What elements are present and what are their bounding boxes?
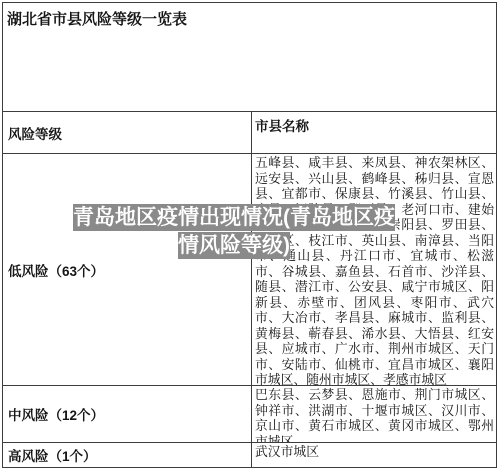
row-high-risk-label: 高风险（1个）: [3, 442, 251, 467]
column-header-risk-level: 风险等级: [3, 111, 251, 153]
column-header-city-county-name: 市县名称: [251, 111, 496, 153]
row-high-risk-names: 武汉市城区: [251, 442, 496, 467]
page: 湖北省市县风险等级一览表 风险等级 市县名称 低风险（63个） 五峰县、咸丰县、…: [0, 0, 500, 475]
table-title: 湖北省市县风险等级一览表: [3, 3, 496, 111]
row-medium-risk-names: 巴东县、云梦县、恩施市、荆门市城区、钟祥市、洪湖市、十堰市城区、汉川市、京山市、…: [251, 385, 496, 442]
row-medium-risk-label: 中风险（12个）: [3, 385, 251, 442]
risk-table: 湖北省市县风险等级一览表 风险等级 市县名称 低风险（63个） 五峰县、咸丰县、…: [2, 2, 497, 468]
row-low-risk-names: 五峰县、咸丰县、来凤县、神农架林区、远安县、兴山县、鹤峰县、秭归县、宣恩县、宜都…: [251, 153, 496, 385]
row-low-risk-label: 低风险（63个）: [3, 153, 251, 385]
